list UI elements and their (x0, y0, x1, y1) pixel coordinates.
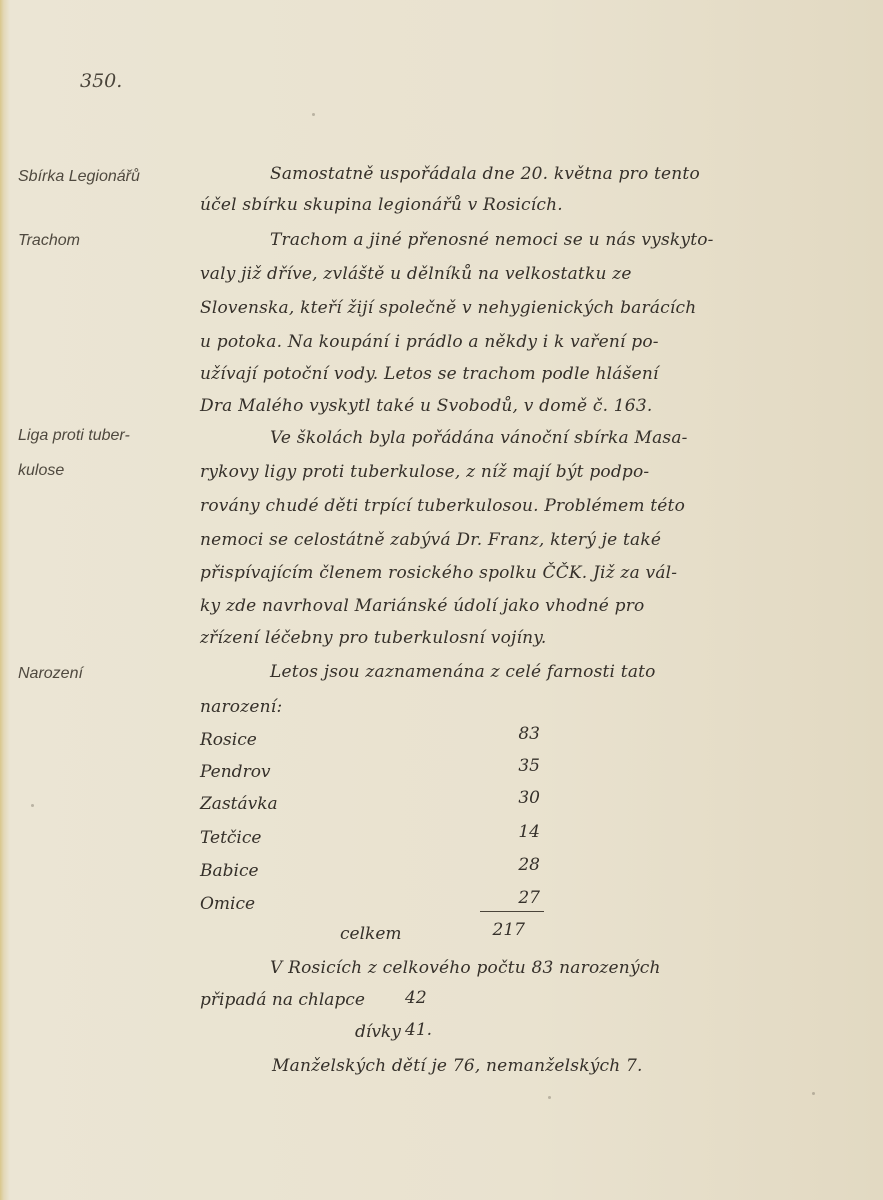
paper-speck (812, 1092, 815, 1095)
trachom-line: valy již dříve, zvláště u dělníků na vel… (200, 264, 850, 284)
margin-note-trachom: Trachom (18, 230, 80, 252)
liga-line: zřízení léčebny pro tuberkulosní vojíny. (200, 628, 850, 648)
liga-line: ky zde navrhoval Mariánské údolí jako vh… (200, 596, 850, 616)
place-name: Omice (200, 894, 255, 914)
birth-count: 28 (500, 855, 540, 875)
birth-count: 30 (500, 788, 540, 808)
birth-count: 83 (500, 724, 540, 744)
trachom-line: Slovenska, kteří žijí společně v nehygie… (200, 298, 850, 318)
birth-count: 35 (500, 756, 540, 776)
boys-label: připadá na chlapce (200, 990, 365, 1010)
sbirka-line: účel sbírku skupina legionářů v Rosicích… (200, 195, 850, 215)
liga-line: přispívajícím členem rosického spolku ČČ… (200, 563, 850, 583)
margin-note-liga-line1: Liga proti tuber- (18, 425, 130, 447)
liga-line: rovány chudé děti trpící tuberkulosou. P… (200, 496, 850, 516)
place-name: Pendrov (200, 762, 271, 782)
sum-underline (480, 911, 544, 912)
trachom-line: Trachom a jiné přenosné nemoci se u nás … (200, 230, 883, 250)
liga-line: Ve školách byla pořádána vánoční sbírka … (200, 428, 883, 448)
margin-note-sbirka: Sbírka Legionářů (18, 166, 140, 188)
total-label: celkem (340, 924, 402, 944)
girls-label: dívky (355, 1022, 401, 1042)
place-name: Rosice (200, 730, 257, 750)
page-number: 350. (80, 70, 122, 92)
sbirka-line: Samostatně uspořádala dne 20. května pro… (200, 164, 883, 184)
rosice-detail-line: V Rosicích z celkového počtu 83 narozený… (270, 958, 883, 978)
birth-count: 27 (500, 888, 540, 908)
trachom-line: u potoka. Na koupání i prádlo a někdy i … (200, 332, 850, 352)
place-name: Babice (200, 861, 259, 881)
trachom-line: užívají potoční vody. Letos se trachom p… (200, 364, 850, 384)
paper-speck (312, 113, 315, 116)
trachom-line: Dra Malého vyskytl také u Svobodů, v dom… (200, 396, 850, 416)
paper-speck (548, 1096, 551, 1099)
girls-value: 41. (405, 1020, 432, 1040)
margin-note-liga-line2: kulose (18, 460, 64, 482)
place-name: Tetčice (200, 828, 261, 848)
manuscript-page: 350. Sbírka Legionářů Trachom Liga proti… (0, 0, 883, 1200)
boys-value: 42 (405, 988, 427, 1008)
liga-line: nemoci se celostátně zabývá Dr. Franz, k… (200, 530, 850, 550)
narozeni-intro-line: Letos jsou zaznamenána z celé farnosti t… (200, 662, 883, 682)
liga-line: rykovy ligy proti tuberkulose, z níž maj… (200, 462, 850, 482)
paper-speck (31, 804, 34, 807)
place-name: Zastávka (200, 794, 278, 814)
margin-note-narozeni: Narození (18, 663, 83, 685)
closing-line: Manželských dětí je 76, nemanželských 7. (272, 1056, 883, 1076)
narozeni-intro-line: narození: (200, 697, 850, 717)
total-value: 217 (485, 920, 525, 940)
birth-count: 14 (500, 822, 540, 842)
